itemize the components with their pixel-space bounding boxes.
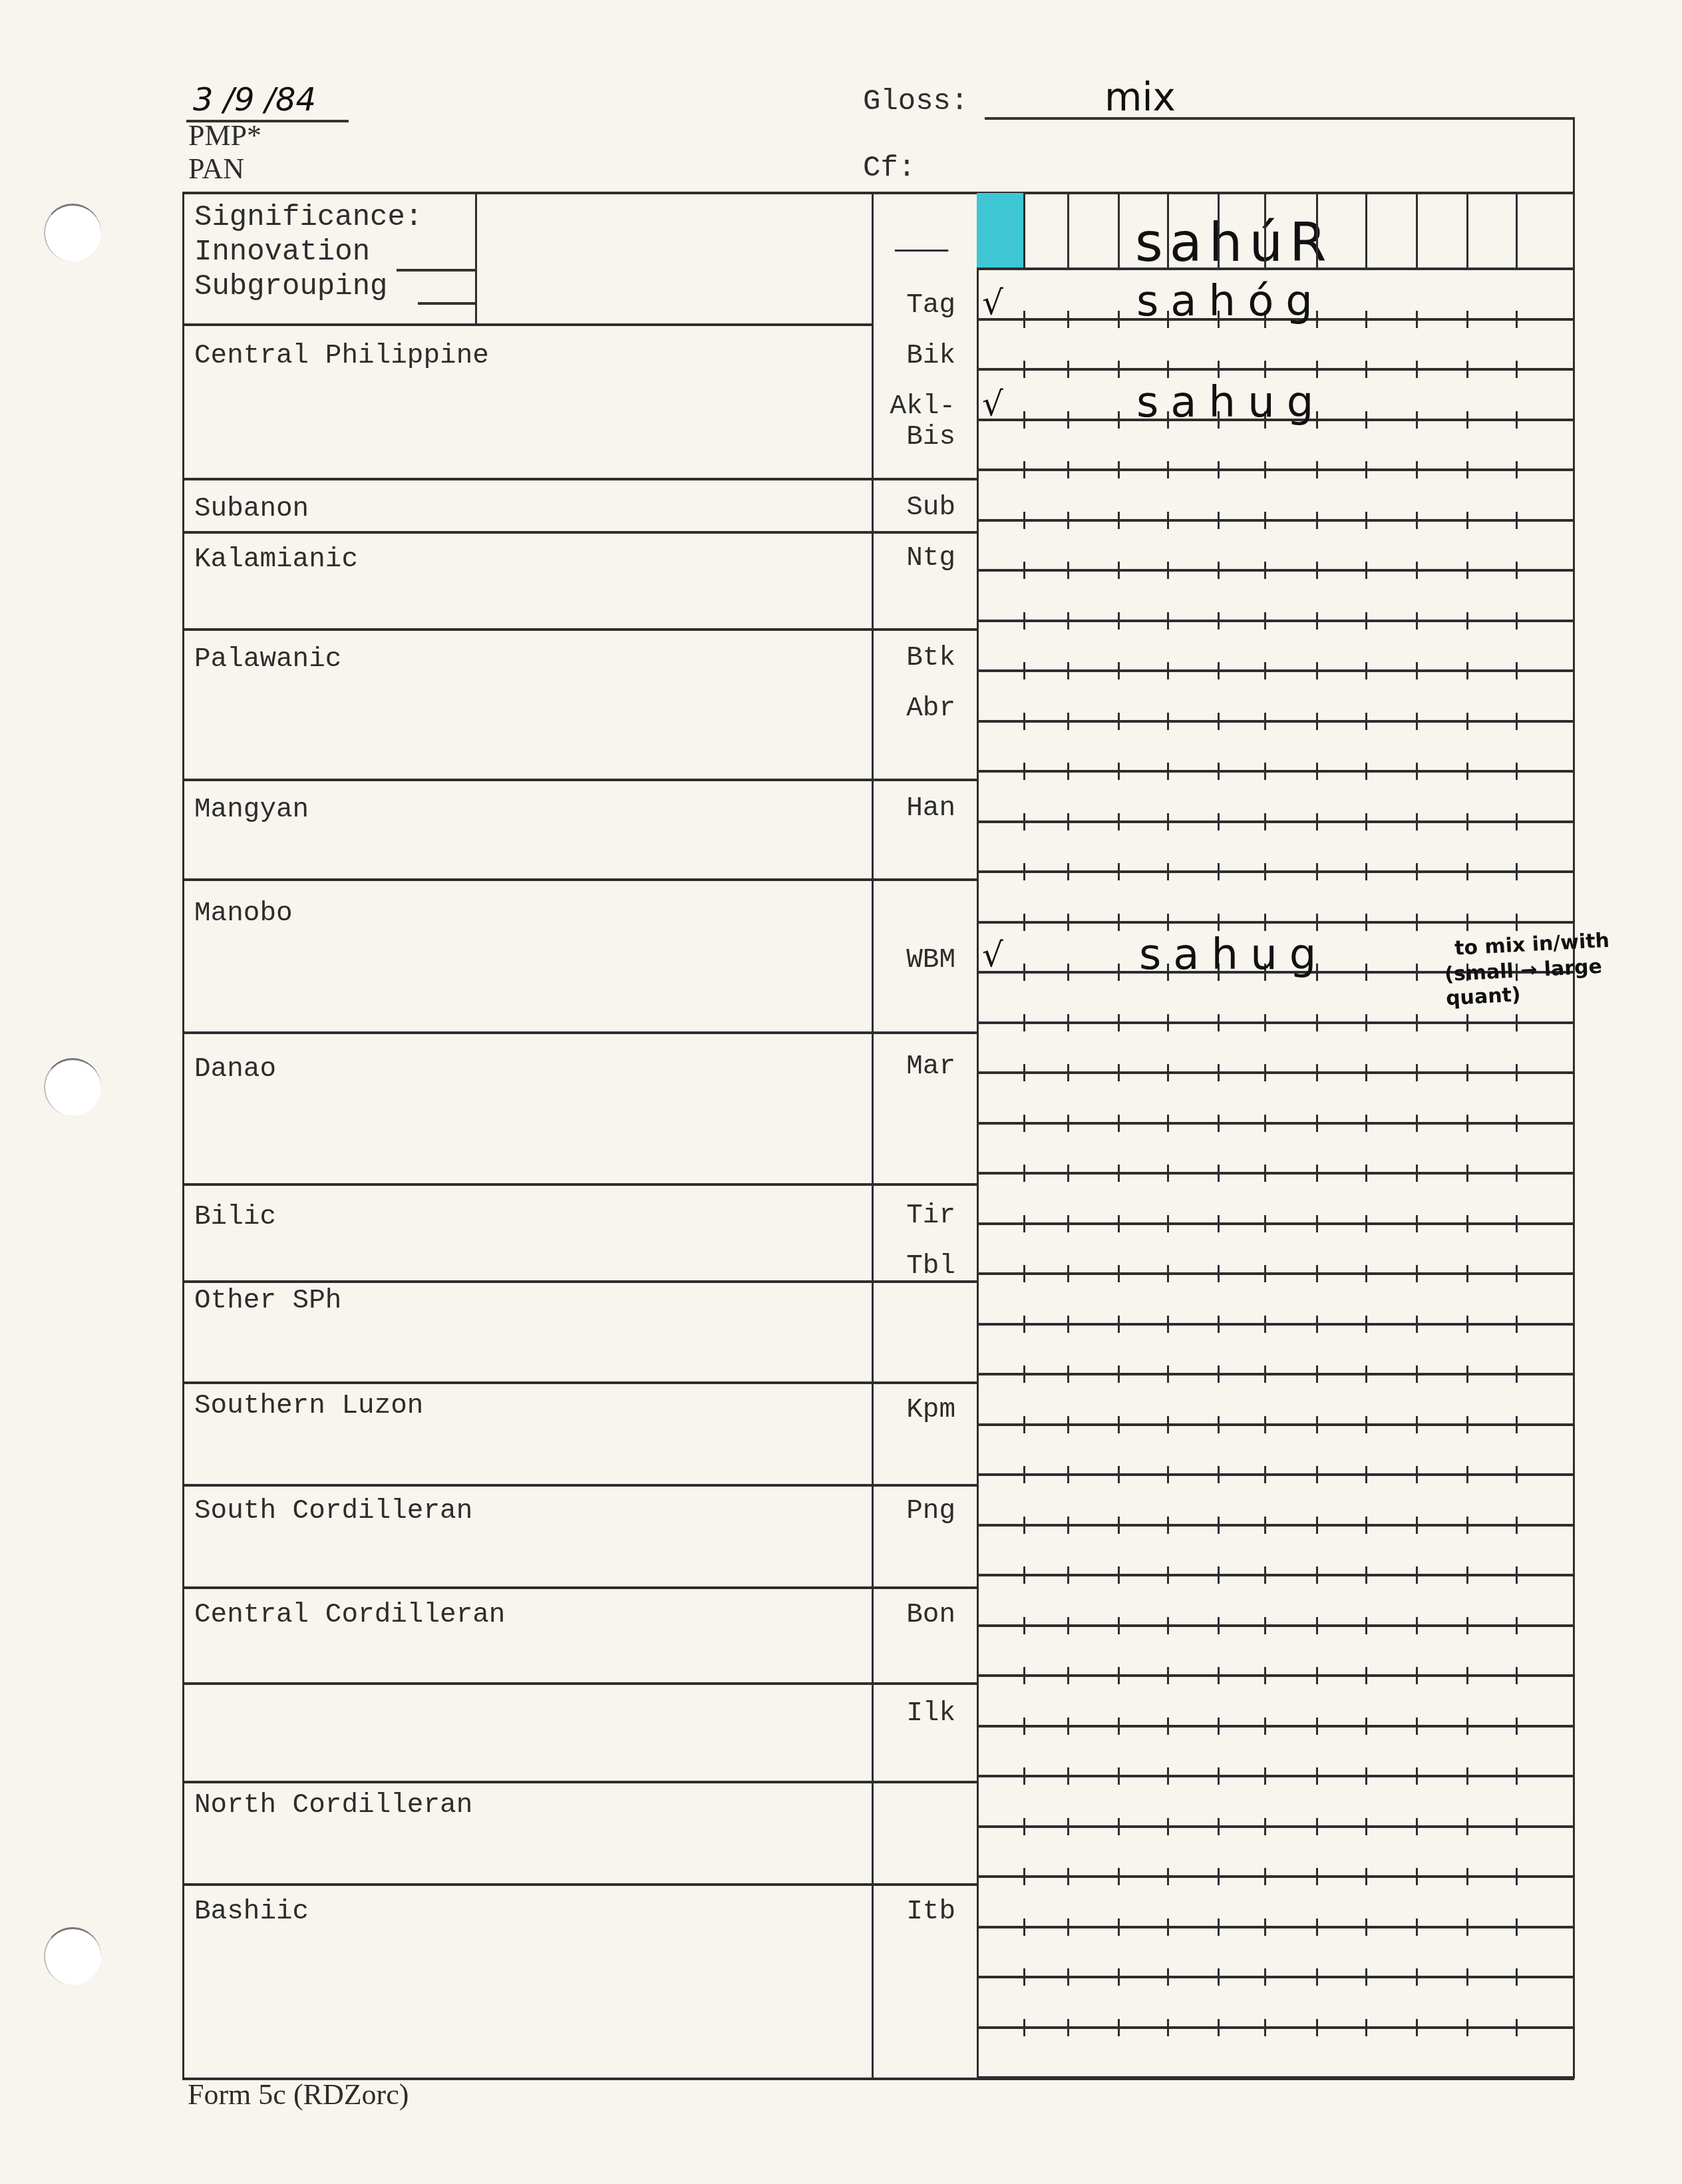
grid-tick	[1316, 1818, 1318, 1835]
grid-tick	[1264, 1617, 1266, 1634]
grid-tick	[1218, 1667, 1220, 1684]
grid-tick	[1218, 562, 1220, 579]
grid-tick	[1023, 662, 1025, 679]
grid-tick	[1516, 1316, 1518, 1333]
grid-tick	[1067, 1968, 1069, 1986]
grid-tick	[1365, 2019, 1367, 2036]
grid-tick	[1067, 1918, 1069, 1936]
grid-tick	[1365, 1517, 1367, 1534]
grid-tick	[1118, 763, 1120, 780]
grid-tick	[1466, 1918, 1468, 1936]
grid-tick	[1316, 1868, 1318, 1885]
grid-tick	[1218, 1014, 1220, 1031]
grid-tick	[1516, 914, 1518, 931]
grid-tick	[1067, 1667, 1069, 1684]
grid-tick	[1067, 1014, 1069, 1031]
grid-tick	[1466, 612, 1468, 630]
grid-tick	[1118, 1064, 1120, 1081]
grid-tick	[1365, 1316, 1367, 1333]
code-png: Png	[856, 1496, 955, 1527]
grid-tick	[1466, 1165, 1468, 1182]
innovation-blank[interactable]	[397, 269, 475, 272]
grid-tick	[1067, 863, 1069, 880]
grid-tick	[1365, 1064, 1367, 1081]
grid-tick	[1264, 1115, 1266, 1132]
grid-tick	[1466, 662, 1468, 679]
grid-tick	[1316, 1517, 1318, 1534]
subgroup-central-cordilleran: Central Cordilleran	[194, 1600, 505, 1630]
grid-tick	[1118, 1968, 1120, 1986]
grid-tick	[1167, 1265, 1169, 1282]
grid-tick	[1516, 863, 1518, 880]
check-mark-akl-bis[interactable]: √	[982, 385, 1003, 423]
grid-tick	[1516, 1215, 1518, 1232]
grid-tick	[1466, 361, 1468, 378]
grid-line	[977, 2026, 1574, 2029]
grid-tick	[1416, 1115, 1418, 1132]
frame-left-border	[182, 192, 184, 2079]
grid-tick	[1023, 1617, 1025, 1634]
grid-tick	[1416, 1617, 1418, 1634]
significance-title: Significance:	[194, 201, 422, 234]
grid-tick	[1316, 461, 1318, 478]
grid-tick	[1416, 1265, 1418, 1282]
grid-tick	[1218, 512, 1220, 529]
grid-tick	[1118, 1566, 1120, 1584]
grid-tick	[1516, 662, 1518, 679]
grid-line	[977, 620, 1574, 622]
grid-line	[977, 770, 1574, 773]
grid-tick	[1365, 361, 1367, 378]
reconstruction-cell-divider	[1118, 193, 1120, 268]
grid-line	[977, 368, 1574, 371]
grid-line	[977, 1976, 1574, 1978]
code-column-left-border	[872, 192, 874, 2079]
grid-tick	[1218, 1968, 1220, 1986]
grid-tick	[1365, 1165, 1367, 1182]
grid-tick	[1118, 411, 1120, 429]
grid-tick	[1316, 1165, 1318, 1182]
grid-tick	[1264, 1517, 1266, 1534]
entry-grid[interactable]	[977, 0, 1574, 2184]
grid-tick	[1466, 1215, 1468, 1232]
grid-tick	[1416, 914, 1418, 931]
grid-tick	[1218, 1868, 1220, 1885]
grid-tick	[1264, 1416, 1266, 1433]
grid-tick	[1167, 713, 1169, 730]
grid-line	[977, 921, 1574, 924]
grid-tick	[1067, 461, 1069, 478]
grid-tick	[1466, 863, 1468, 880]
grid-tick	[1516, 1115, 1518, 1132]
grid-tick	[1516, 562, 1518, 579]
grid-tick	[1067, 612, 1069, 630]
grid-line	[977, 1222, 1574, 1225]
grid-tick	[1365, 461, 1367, 478]
grid-tick	[1023, 1014, 1025, 1031]
grid-tick	[1316, 1365, 1318, 1383]
grid-tick	[1516, 1918, 1518, 1936]
section-rule	[182, 1781, 977, 1783]
grid-tick	[1516, 411, 1518, 429]
grid-tick	[1365, 662, 1367, 679]
grid-tick	[1416, 411, 1418, 429]
grid-line	[977, 1624, 1574, 1627]
grid-tick	[1023, 1165, 1025, 1182]
grid-tick	[1118, 361, 1120, 378]
grid-tick	[1167, 914, 1169, 931]
grid-line	[977, 1574, 1574, 1576]
reconstruction-cell-divider	[1023, 193, 1025, 268]
grid-tick	[1416, 1316, 1418, 1333]
grid-line	[977, 2076, 1574, 2079]
grid-tick	[1167, 1918, 1169, 1936]
entry-form-akl-bis[interactable]: sahug	[1136, 378, 1325, 427]
grid-tick	[1067, 1165, 1069, 1182]
grid-tick	[1118, 512, 1120, 529]
check-mark-tag[interactable]: √	[982, 283, 1003, 322]
section-rule	[182, 1883, 977, 1886]
grid-tick	[1264, 1718, 1266, 1735]
code-han: Han	[856, 793, 955, 824]
grid-tick	[1067, 1617, 1069, 1634]
grid-tick	[1466, 713, 1468, 730]
grid-tick	[1416, 512, 1418, 529]
grid-tick	[1167, 1416, 1169, 1433]
grid-tick	[1067, 311, 1069, 328]
code-bik: Bik	[856, 341, 955, 371]
grid-tick	[1118, 1416, 1120, 1433]
subgroup-south-cordilleran: South Cordilleran	[194, 1496, 472, 1527]
grid-tick	[1218, 1416, 1220, 1433]
proto-level-pan: PAN	[188, 152, 244, 186]
grid-tick	[1316, 1617, 1318, 1634]
form-id: Form 5c (RDZorc)	[188, 2078, 409, 2111]
grid-tick	[1416, 1968, 1418, 1986]
grid-tick	[1416, 1818, 1418, 1835]
grid-tick	[1316, 914, 1318, 931]
grid-tick	[1118, 311, 1120, 328]
grid-tick	[1023, 1466, 1025, 1483]
grid-tick	[1365, 1818, 1367, 1835]
grid-tick	[1167, 1014, 1169, 1031]
grid-tick	[1466, 411, 1468, 429]
significance-bottom-rule	[182, 323, 872, 326]
grid-tick	[1023, 1517, 1025, 1534]
grid-line	[977, 870, 1574, 873]
grid-tick	[1365, 411, 1367, 429]
grid-tick	[1416, 1918, 1418, 1936]
grid-tick	[1118, 1115, 1120, 1132]
grid-tick	[1516, 1365, 1518, 1383]
grid-tick	[1167, 2019, 1169, 2036]
grid-tick	[1023, 1566, 1025, 1584]
grid-tick	[1118, 2019, 1120, 2036]
code-sub: Sub	[856, 492, 955, 523]
code-wbm: WBM	[856, 945, 955, 976]
grid-tick	[1023, 512, 1025, 529]
grid-tick	[1516, 763, 1518, 780]
grid-tick	[1416, 1767, 1418, 1785]
punch-hole-top	[44, 204, 101, 262]
grid-tick	[1067, 964, 1069, 981]
entry-form-tag[interactable]: sahóg	[1136, 277, 1325, 326]
grid-tick	[1023, 813, 1025, 830]
grid-tick	[1167, 1316, 1169, 1333]
grid-tick	[1023, 863, 1025, 880]
grid-tick	[1023, 1064, 1025, 1081]
grid-line	[977, 1373, 1574, 1375]
code-kpm: Kpm	[856, 1395, 955, 1425]
grid-tick	[1118, 1265, 1120, 1282]
subgroup-manobo: Manobo	[194, 898, 293, 929]
grid-tick	[1466, 813, 1468, 830]
code-tir: Tir	[856, 1200, 955, 1231]
grid-tick	[1316, 612, 1318, 630]
grid-tick	[1416, 863, 1418, 880]
grid-line	[977, 1172, 1574, 1175]
grid-tick	[1167, 1115, 1169, 1132]
grid-tick	[1466, 1868, 1468, 1885]
grid-line	[977, 1674, 1574, 1677]
section-rule	[182, 478, 977, 480]
grid-tick	[1466, 562, 1468, 579]
grid-line	[977, 1926, 1574, 1928]
grid-line	[977, 1071, 1574, 1074]
grid-tick	[1167, 863, 1169, 880]
grid-tick	[1316, 361, 1318, 378]
grid-tick	[1167, 1566, 1169, 1584]
grid-tick	[1365, 1566, 1367, 1584]
grid-tick	[1167, 1064, 1169, 1081]
grid-line	[977, 1122, 1574, 1125]
grid-tick	[1516, 1265, 1518, 1282]
grid-tick	[1416, 562, 1418, 579]
date: 3 /9 /84	[193, 81, 316, 118]
grid-tick	[1516, 1014, 1518, 1031]
grid-tick	[1466, 461, 1468, 478]
grid-tick	[1067, 1215, 1069, 1232]
grid-tick	[1067, 1517, 1069, 1534]
grid-tick	[1067, 1115, 1069, 1132]
grid-tick	[1118, 914, 1120, 931]
grid-tick	[1365, 1365, 1367, 1383]
grid-tick	[1365, 813, 1367, 830]
grid-tick	[1218, 863, 1220, 880]
grid-line	[977, 1473, 1574, 1476]
grid-tick	[1067, 512, 1069, 529]
grid-tick	[1023, 1365, 1025, 1383]
grid-tick	[1466, 1365, 1468, 1383]
grid-tick	[1023, 1818, 1025, 1835]
grid-tick	[1118, 813, 1120, 830]
code-tbl: Tbl	[856, 1251, 955, 1282]
grid-tick	[1264, 1064, 1266, 1081]
subgrouping-label: Subgrouping	[194, 270, 387, 303]
grid-tick	[1167, 813, 1169, 830]
grid-line	[977, 268, 1574, 270]
grid-tick	[1416, 1466, 1418, 1483]
grid-tick	[1067, 1265, 1069, 1282]
grid-tick	[1365, 311, 1367, 328]
grid-tick	[1067, 361, 1069, 378]
section-rule	[182, 878, 977, 881]
section-rule	[182, 1682, 977, 1685]
code-mar: Mar	[856, 1051, 955, 1082]
subgroup-bilic: Bilic	[194, 1202, 276, 1232]
code-itb: Itb	[856, 1897, 955, 1927]
grid-tick	[1264, 813, 1266, 830]
subgrouping-blank[interactable]	[418, 302, 475, 305]
grid-line	[977, 1524, 1574, 1527]
reconstruction-cell-divider	[1416, 193, 1418, 268]
grid-tick	[1218, 2019, 1220, 2036]
grid-tick	[1365, 1466, 1367, 1483]
grid-tick	[1365, 914, 1367, 931]
grid-tick	[1218, 662, 1220, 679]
grid-tick	[1218, 1718, 1220, 1735]
grid-tick	[1516, 1517, 1518, 1534]
check-mark-wbm[interactable]: √	[982, 936, 1003, 974]
section-rule	[182, 1381, 977, 1384]
grid-tick	[1264, 461, 1266, 478]
grid-tick	[1023, 1767, 1025, 1785]
grid-tick	[1365, 1667, 1367, 1684]
grid-tick	[1466, 1818, 1468, 1835]
grid-tick	[1466, 914, 1468, 931]
grid-tick	[1365, 1617, 1367, 1634]
grid-tick	[1466, 1767, 1468, 1785]
grid-tick	[1316, 1566, 1318, 1584]
grid-tick	[1218, 1918, 1220, 1936]
reconstruction-cell-divider	[1365, 193, 1367, 268]
grid-tick	[1416, 1416, 1418, 1433]
grid-line	[977, 1021, 1574, 1024]
grid-tick	[1316, 1265, 1318, 1282]
grid-line	[977, 1423, 1574, 1426]
grid-tick	[1365, 612, 1367, 630]
grid-tick	[1516, 1617, 1518, 1634]
grid-tick	[1365, 1868, 1367, 1885]
grid-tick	[1365, 1115, 1367, 1132]
grid-tick	[1067, 713, 1069, 730]
grid-tick	[1416, 763, 1418, 780]
grid-tick	[1118, 1365, 1120, 1383]
section-rule	[182, 1183, 977, 1186]
grid-tick	[1516, 1718, 1518, 1735]
grid-tick	[1218, 1215, 1220, 1232]
grid-tick	[1516, 813, 1518, 830]
grid-tick	[1316, 1416, 1318, 1433]
grid-tick	[1365, 964, 1367, 981]
grid-tick	[1365, 1968, 1367, 1986]
grid-tick	[1466, 1667, 1468, 1684]
grid-tick	[1167, 1767, 1169, 1785]
grid-tick	[1264, 713, 1266, 730]
grid-tick	[1264, 914, 1266, 931]
reconstruction-cell-divider	[1167, 193, 1169, 268]
grid-tick	[1118, 713, 1120, 730]
grid-tick	[1264, 1165, 1266, 1182]
code-ilk: Ilk	[856, 1698, 955, 1729]
grid-tick	[1023, 1316, 1025, 1333]
grid-tick	[1264, 612, 1266, 630]
grid-tick	[1067, 1767, 1069, 1785]
grid-tick	[1067, 1416, 1069, 1433]
grid-tick	[1466, 1566, 1468, 1584]
grid-tick	[1316, 1466, 1318, 1483]
grid-tick	[1023, 361, 1025, 378]
grid-tick	[1067, 914, 1069, 931]
grid-tick	[1416, 1718, 1418, 1735]
code-btk: Btk	[856, 643, 955, 673]
grid-tick	[1316, 662, 1318, 679]
code-ntg: Ntg	[856, 543, 955, 574]
grid-tick	[1264, 1466, 1266, 1483]
reconstruction-cell-divider	[1316, 193, 1318, 268]
grid-tick	[1416, 1868, 1418, 1885]
grid-tick	[1416, 662, 1418, 679]
grid-tick	[1067, 813, 1069, 830]
grid-tick	[1218, 713, 1220, 730]
subgroup-mangyan: Mangyan	[194, 795, 309, 825]
code-bon: Bon	[856, 1600, 955, 1630]
grid-tick	[1067, 1316, 1069, 1333]
punch-hole-middle	[44, 1058, 101, 1116]
grid-tick	[1516, 1165, 1518, 1182]
grid-tick	[1023, 1416, 1025, 1433]
grid-tick	[1264, 361, 1266, 378]
grid-tick	[1167, 763, 1169, 780]
grid-tick	[1516, 713, 1518, 730]
proto-level-pmp: PMP*	[188, 118, 261, 152]
grid-tick	[1466, 1064, 1468, 1081]
grid-tick	[1218, 1517, 1220, 1534]
grid-tick	[1167, 562, 1169, 579]
grid-tick	[1067, 662, 1069, 679]
grid-tick	[1067, 1365, 1069, 1383]
grid-tick	[1218, 1767, 1220, 1785]
grid-tick	[1067, 1718, 1069, 1735]
grid-tick	[1067, 1818, 1069, 1835]
grid-tick	[1023, 1215, 1025, 1232]
grid-line	[977, 820, 1574, 823]
grid-tick	[1365, 713, 1367, 730]
grid-tick	[1118, 1316, 1120, 1333]
grid-tick	[1167, 1365, 1169, 1383]
grid-tick	[1118, 612, 1120, 630]
grid-tick	[1167, 1718, 1169, 1735]
grid-tick	[1167, 612, 1169, 630]
grid-tick	[1118, 1215, 1120, 1232]
grid-tick	[1167, 1667, 1169, 1684]
grid-tick	[1516, 1868, 1518, 1885]
grid-line	[977, 1323, 1574, 1326]
grid-tick	[1218, 1265, 1220, 1282]
grid-tick	[1118, 964, 1120, 981]
grid-tick	[1365, 763, 1367, 780]
grid-tick	[1416, 1165, 1418, 1182]
grid-tick	[1365, 1265, 1367, 1282]
grid-line	[977, 720, 1574, 723]
grid-tick	[1316, 763, 1318, 780]
cf-label: Cf:	[863, 152, 916, 185]
grid-tick	[1023, 914, 1025, 931]
grid-tick	[1023, 2019, 1025, 2036]
grid-tick	[1264, 512, 1266, 529]
grid-tick	[1264, 1968, 1266, 1986]
entry-form-wbm[interactable]: sahug	[1139, 930, 1328, 980]
